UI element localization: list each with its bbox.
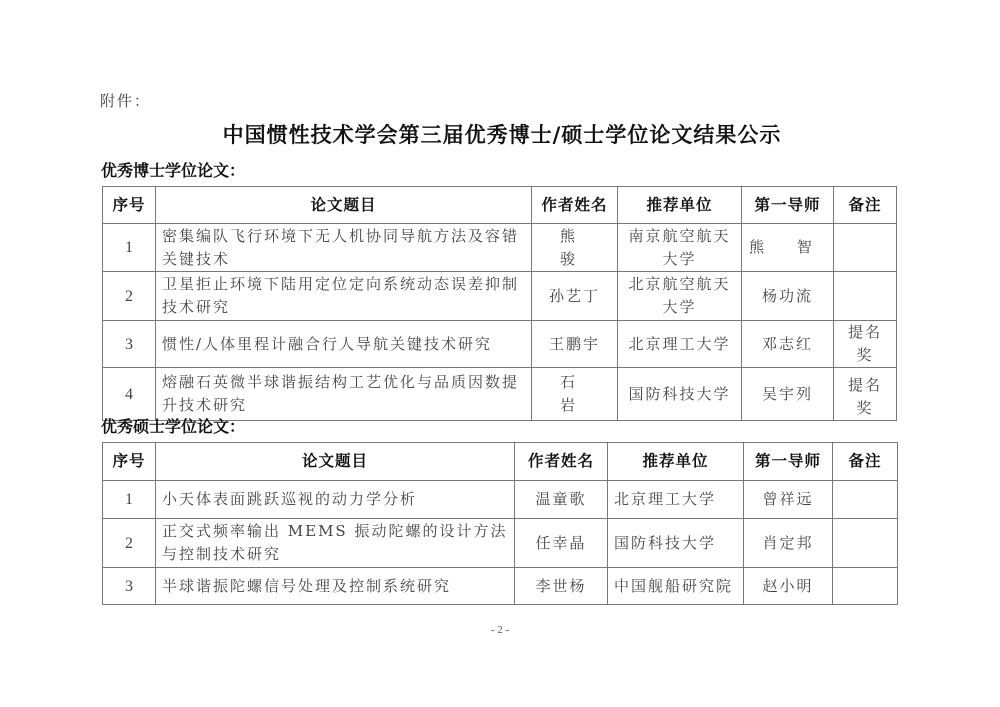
table-row: 1 密集编队飞行环境下无人机协同导航方法及容错关键技术 熊 骏 南京航空航天大学… <box>103 224 897 272</box>
attachment-label: 附件： <box>100 90 151 111</box>
doctoral-thesis-table: 序号 论文题目 作者姓名 推荐单位 第一导师 备注 1 密集编队飞行环境下无人机… <box>102 186 897 421</box>
thesis-title: 半球谐振陀螺信号处理及控制系统研究 <box>156 568 515 605</box>
author-name: 孙艺丁 <box>532 272 618 321</box>
recommending-unit: 北京理工大学 <box>608 481 744 519</box>
author-name: 温童歌 <box>515 481 608 519</box>
advisor-name: 杨功流 <box>742 272 834 321</box>
header-index: 序号 <box>103 187 156 224</box>
row-index: 2 <box>103 519 156 568</box>
advisor-name: 赵小明 <box>744 568 833 605</box>
row-index: 2 <box>103 272 156 321</box>
author-name: 任幸晶 <box>515 519 608 568</box>
header-author: 作者姓名 <box>532 187 618 224</box>
author-name: 石 岩 <box>532 368 618 421</box>
table-row: 3 惯性/人体里程计融合行人导航关键技术研究 王鹏宇 北京理工大学 邓志红 提名… <box>103 321 897 368</box>
document-title: 中国惯性技术学会第三届优秀博士/硕士学位论文结果公示 <box>0 119 1000 149</box>
recommending-unit: 国防科技大学 <box>608 519 744 568</box>
header-title: 论文题目 <box>156 187 532 224</box>
row-index: 4 <box>103 368 156 421</box>
thesis-title: 密集编队飞行环境下无人机协同导航方法及容错关键技术 <box>156 224 532 272</box>
note <box>833 568 898 605</box>
author-name: 李世杨 <box>515 568 608 605</box>
masters-section-heading: 优秀硕士学位论文： <box>101 414 245 437</box>
advisor-name: 熊 智 <box>742 224 834 272</box>
recommending-unit: 中国舰船研究院 <box>608 568 744 605</box>
header-advisor: 第一导师 <box>744 443 833 481</box>
note-nomination-award: 提名奖 <box>834 321 897 368</box>
author-name: 熊 骏 <box>532 224 618 272</box>
recommending-unit: 国防科技大学 <box>618 368 742 421</box>
thesis-title: 小天体表面跳跃巡视的动力学分析 <box>156 481 515 519</box>
table-row: 1 小天体表面跳跃巡视的动力学分析 温童歌 北京理工大学 曾祥远 <box>103 481 898 519</box>
table-row: 2 正交式频率输出 MEMS 振动陀螺的设计方法与控制技术研究 任幸晶 国防科技… <box>103 519 898 568</box>
note <box>834 224 897 272</box>
table-header-row: 序号 论文题目 作者姓名 推荐单位 第一导师 备注 <box>103 443 898 481</box>
advisor-name: 吴宇列 <box>742 368 834 421</box>
thesis-title: 熔融石英微半球谐振结构工艺优化与品质因数提升技术研究 <box>156 368 532 421</box>
row-index: 1 <box>103 224 156 272</box>
note <box>833 481 898 519</box>
row-index: 1 <box>103 481 156 519</box>
table-header-row: 序号 论文题目 作者姓名 推荐单位 第一导师 备注 <box>103 187 897 224</box>
row-index: 3 <box>103 568 156 605</box>
recommending-unit: 北京航空航天大学 <box>618 272 742 321</box>
header-note: 备注 <box>833 443 898 481</box>
table-row: 4 熔融石英微半球谐振结构工艺优化与品质因数提升技术研究 石 岩 国防科技大学 … <box>103 368 897 421</box>
header-unit: 推荐单位 <box>618 187 742 224</box>
note-nomination-award: 提名奖 <box>834 368 897 421</box>
header-unit: 推荐单位 <box>608 443 744 481</box>
thesis-title: 惯性/人体里程计融合行人导航关键技术研究 <box>156 321 532 368</box>
page-number: - 2 - <box>0 624 1000 636</box>
header-title: 论文题目 <box>156 443 515 481</box>
author-name: 王鹏宇 <box>532 321 618 368</box>
advisor-name: 邓志红 <box>742 321 834 368</box>
row-index: 3 <box>103 321 156 368</box>
recommending-unit: 南京航空航天大学 <box>618 224 742 272</box>
doctoral-section-heading: 优秀博士学位论文： <box>101 158 245 181</box>
table-row: 3 半球谐振陀螺信号处理及控制系统研究 李世杨 中国舰船研究院 赵小明 <box>103 568 898 605</box>
header-author: 作者姓名 <box>515 443 608 481</box>
masters-thesis-table: 序号 论文题目 作者姓名 推荐单位 第一导师 备注 1 小天体表面跳跃巡视的动力… <box>102 442 898 605</box>
table-row: 2 卫星拒止环境下陆用定位定向系统动态误差抑制技术研究 孙艺丁 北京航空航天大学… <box>103 272 897 321</box>
advisor-name: 曾祥远 <box>744 481 833 519</box>
recommending-unit: 北京理工大学 <box>618 321 742 368</box>
header-advisor: 第一导师 <box>742 187 834 224</box>
thesis-title: 卫星拒止环境下陆用定位定向系统动态误差抑制技术研究 <box>156 272 532 321</box>
header-index: 序号 <box>103 443 156 481</box>
note <box>834 272 897 321</box>
header-note: 备注 <box>834 187 897 224</box>
advisor-name: 肖定邦 <box>744 519 833 568</box>
thesis-title: 正交式频率输出 MEMS 振动陀螺的设计方法与控制技术研究 <box>156 519 515 568</box>
note <box>833 519 898 568</box>
